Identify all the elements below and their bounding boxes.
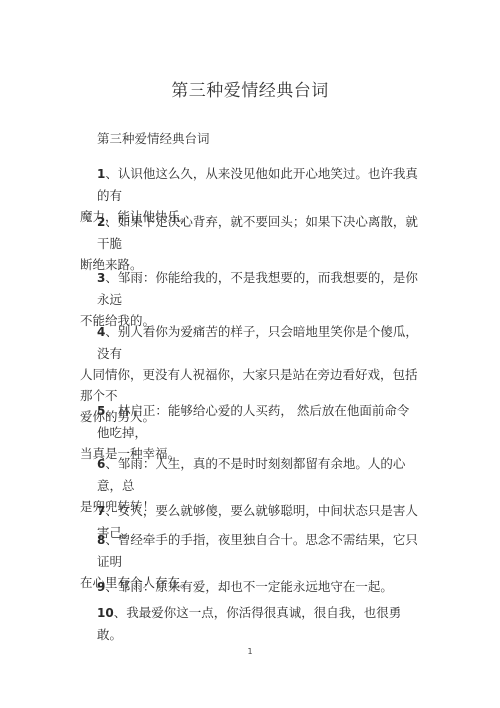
page-number: 1 — [0, 647, 500, 656]
document-title: 第三种爱情经典台词 — [0, 76, 500, 101]
document-subtitle: 第三种爱情经典台词 — [97, 129, 210, 147]
quote-paragraph-10: 10、我最爱你这一点，你活得很真诚，很自我，也很勇敢。 — [80, 602, 420, 645]
quote-paragraph-2: 2、如果下定决心背弃，就不要回头；如果下决心离散，就干脆 断绝来路。 — [80, 211, 420, 275]
quote-paragraph-9: 9、邹雨：原来有爱，却也不一定能永远地守在一起。 — [80, 576, 420, 598]
quote-number: 10 — [97, 606, 114, 620]
